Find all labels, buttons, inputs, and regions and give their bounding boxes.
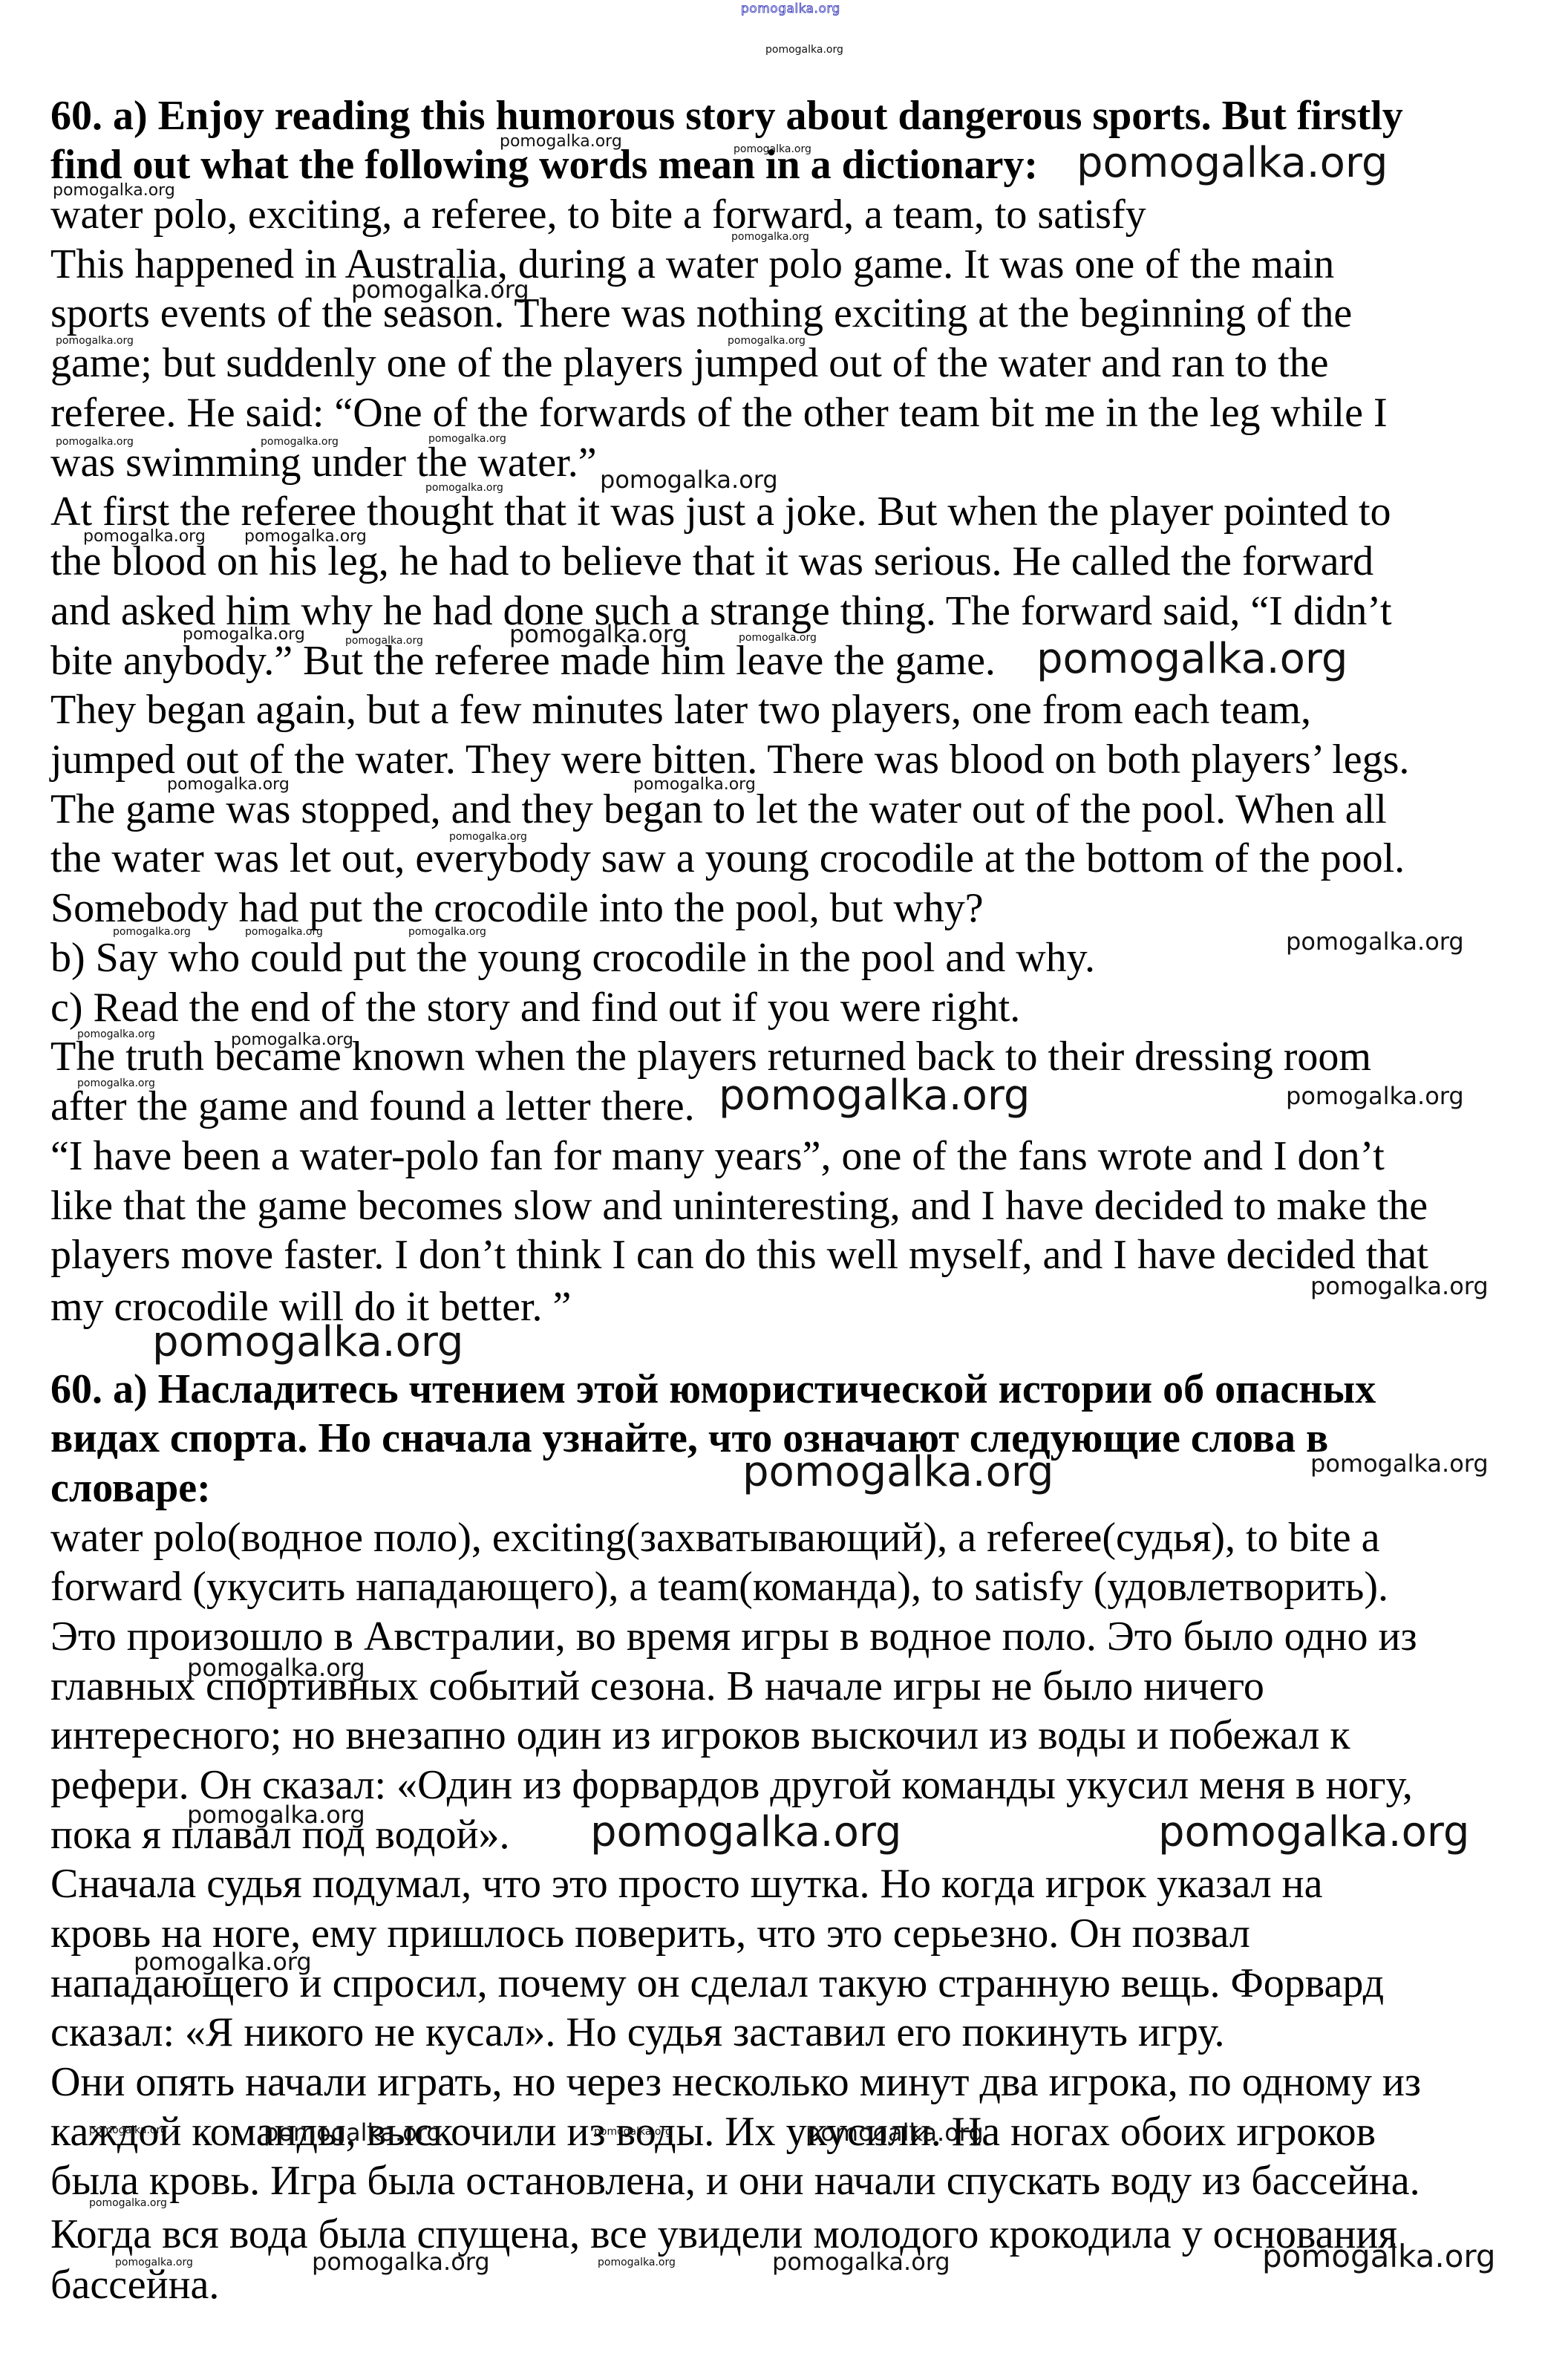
watermark: pomogalka.org — [1310, 1452, 1489, 1475]
watermark: pomogalka.org — [351, 278, 529, 301]
watermark: pomogalka.org — [633, 777, 756, 793]
watermark: pomogalka.org — [772, 2250, 950, 2274]
watermark-large: pomogalka.org — [1036, 639, 1347, 680]
watermark: pomogalka.org — [245, 927, 323, 937]
watermark: pomogalka.org — [89, 2198, 167, 2208]
vocabulary-line-ru: forward (укусить нападающего), a team(ко… — [50, 1566, 1388, 1608]
watermark: pomogalka.org — [500, 134, 622, 150]
watermark-large: pomogalka.org — [590, 1812, 901, 1853]
story-line: This happened in Australia, during a wat… — [50, 244, 1334, 285]
watermark: pomogalka.org — [77, 1078, 155, 1089]
watermark-large: pomogalka.org — [1158, 1812, 1469, 1853]
watermark: pomogalka.org — [425, 483, 503, 493]
story-line-ru: каждой команды, выскочили из воды. Их ук… — [50, 2111, 1376, 2153]
story-line: jumped out of the water. They were bitte… — [50, 739, 1409, 780]
story-line: sports events of the season. There was n… — [50, 293, 1352, 334]
watermark: pomogalka.org — [734, 144, 811, 154]
watermark: pomogalka.org — [53, 183, 175, 199]
watermark: pomogalka.org — [1310, 1274, 1489, 1298]
watermark: pomogalka.org — [449, 832, 527, 842]
story-line: was swimming under the water.” — [50, 442, 597, 483]
exercise-title-line-ru: словаре: — [50, 1467, 211, 1509]
watermark: pomogalka.org — [594, 2127, 672, 2137]
story-line: Somebody had put the crocodile into the … — [50, 887, 984, 929]
exercise-title-line-ru: 60. а) Насладитесь чтением этой юмористи… — [50, 1368, 1376, 1410]
watermark: pomogalka.org — [509, 622, 687, 646]
story-line-ru: интересного; но внезапно один из игроков… — [50, 1715, 1350, 1756]
watermark: pomogalka.org — [765, 45, 843, 55]
watermark: pomogalka.org — [231, 1032, 353, 1048]
story-line-ru: Это произошло в Австралии, во время игры… — [50, 1616, 1417, 1657]
watermark: pomogalka.org — [264, 2121, 442, 2144]
watermark: pomogalka.org — [408, 927, 486, 937]
watermark: pomogalka.org — [739, 633, 817, 643]
watermark: pomogalka.org — [183, 627, 305, 643]
watermark: pomogalka.org — [244, 529, 367, 545]
story-line: They began again, but a few minutes late… — [50, 689, 1311, 731]
site-header-watermark[interactable]: pomogalka.org — [741, 1, 840, 16]
watermark: pomogalka.org — [728, 336, 806, 346]
watermark: pomogalka.org — [115, 2257, 193, 2268]
watermark: pomogalka.org — [1286, 1084, 1464, 1108]
watermark: pomogalka.org — [134, 1950, 312, 1974]
task-b-line: b) Say who could put the young crocodile… — [50, 937, 1095, 979]
story-line: “I have been a water-polo fan for many y… — [50, 1135, 1385, 1177]
story-line: like that the game becomes slow and unin… — [50, 1185, 1428, 1227]
watermark-large: pomogalka.org — [742, 1452, 1053, 1493]
watermark: pomogalka.org — [731, 232, 809, 242]
vocabulary-line-ru: water polo(водное поло), exciting(захват… — [50, 1517, 1379, 1559]
story-line: At first the referee thought that it was… — [50, 491, 1391, 532]
story-line-ru: сказал: «Я никого не кусал». Но судья за… — [50, 2012, 1225, 2053]
document-page: pomogalka.org 60. a) Enjoy reading this … — [0, 0, 1568, 2362]
watermark: pomogalka.org — [187, 1656, 365, 1680]
watermark: pomogalka.org — [77, 1029, 155, 1040]
watermark-large: pomogalka.org — [719, 1075, 1030, 1117]
story-line-ru: бассейна. — [50, 2264, 219, 2306]
watermark: pomogalka.org — [167, 777, 290, 793]
story-line-ru: Сначала судья подумал, что это просто шу… — [50, 1863, 1322, 1905]
story-line-ru: Когда вся вода была спущена, все увидели… — [50, 2213, 1397, 2255]
watermark: pomogalka.org — [56, 336, 134, 346]
exercise-title-line: 60. a) Enjoy reading this humorous story… — [50, 95, 1403, 137]
story-line: after the game and found a letter there. — [50, 1086, 695, 1127]
watermark-large: pomogalka.org — [1262, 2241, 1496, 2272]
task-c-line: c) Read the end of the story and find ou… — [50, 987, 1020, 1028]
watermark: pomogalka.org — [598, 2257, 676, 2268]
story-line-ru: Они опять начали играть, но через нескол… — [50, 2061, 1421, 2103]
watermark: pomogalka.org — [56, 437, 134, 447]
story-line: The game was stopped, and they began to … — [50, 789, 1387, 830]
watermark: pomogalka.org — [113, 927, 191, 937]
story-line: players move faster. I don’t think I can… — [50, 1234, 1428, 1276]
watermark: pomogalka.org — [600, 468, 778, 492]
watermark: pomogalka.org — [89, 2125, 167, 2136]
story-line: game; but suddenly one of the players ju… — [50, 342, 1329, 384]
story-line-ru: была кровь. Игра была остановлена, и они… — [50, 2160, 1420, 2202]
watermark-large: pomogalka.org — [152, 1322, 463, 1363]
vocabulary-line: water polo, exciting, a referee, to bite… — [50, 194, 1146, 235]
watermark: pomogalka.org — [187, 1803, 365, 1827]
watermark: pomogalka.org — [1286, 930, 1464, 953]
watermark: pomogalka.org — [345, 636, 423, 646]
story-line: the blood on his leg, he had to believe … — [50, 541, 1373, 582]
story-line: referee. He said: “One of the forwards o… — [50, 392, 1388, 434]
watermark: pomogalka.org — [83, 529, 206, 545]
watermark: pomogalka.org — [312, 2250, 490, 2274]
story-line-ru: рефери. Он сказал: «Один из форвардов др… — [50, 1764, 1413, 1806]
watermark: pomogalka.org — [428, 434, 506, 444]
exercise-title-line-ru: видах спорта. Но сначала узнайте, что оз… — [50, 1417, 1328, 1459]
watermark-large: pomogalka.org — [1077, 143, 1388, 184]
watermark: pomogalka.org — [806, 2121, 984, 2144]
watermark: pomogalka.org — [261, 437, 339, 447]
story-line: the water was let out, everybody saw a y… — [50, 838, 1405, 879]
